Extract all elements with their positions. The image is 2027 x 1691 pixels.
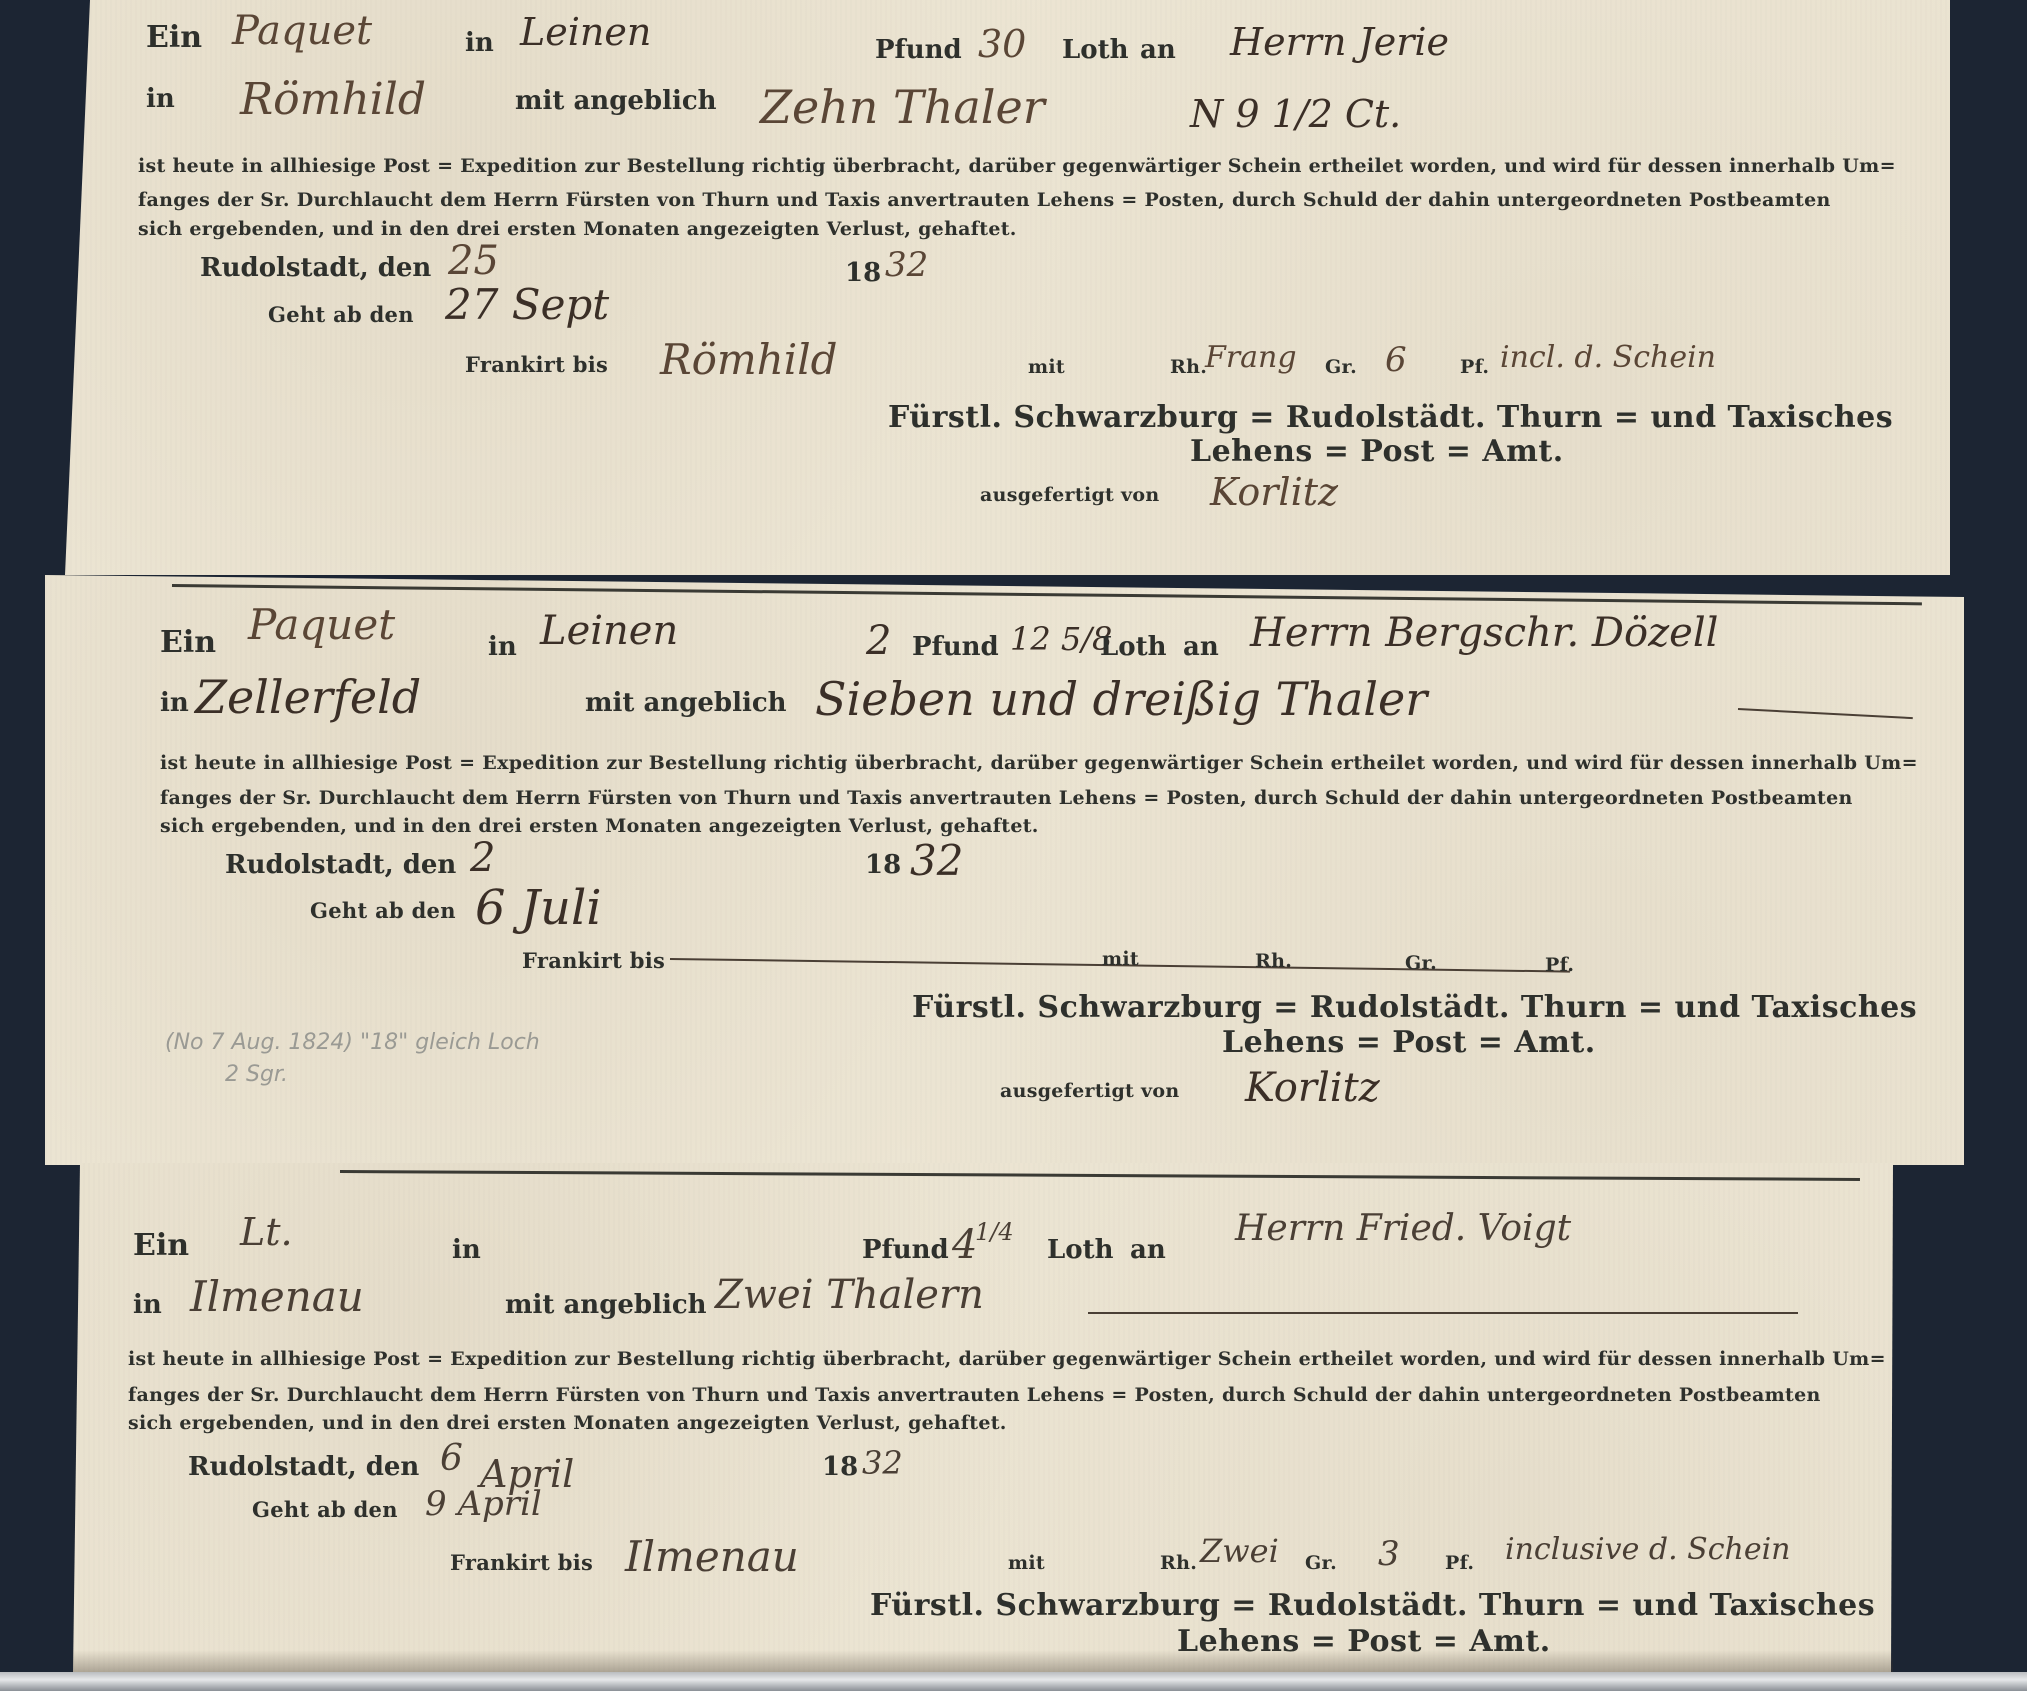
label-an: an <box>1183 632 1219 662</box>
hw-pfund-value: 2 <box>866 618 891 664</box>
label-gr: Gr. <box>1305 1552 1337 1574</box>
label-rthlr: Rh. <box>1170 356 1207 378</box>
label-year-prefix: 18 <box>845 258 881 288</box>
hw-recipient: Herrn Jerie <box>1230 20 1449 64</box>
label-ausgefertigt-von: ausgefertigt von <box>1000 1080 1179 1102</box>
label-geht-ab: Geht ab den <box>252 1497 398 1522</box>
label-mit: mit <box>1008 1552 1045 1574</box>
scanner-edge <box>0 1672 2027 1691</box>
label-ein: Ein <box>133 1228 189 1263</box>
label-an: an <box>1130 1235 1166 1265</box>
label-year-prefix: 18 <box>865 850 901 880</box>
label-loth: Loth <box>1100 632 1167 662</box>
label-in: in <box>452 1235 481 1265</box>
hw-day: 25 <box>448 238 499 284</box>
hw-recipient: Herrn Fried. Voigt <box>1235 1208 1571 1249</box>
office-line-1: Fürstl. Schwarzburg = Rudolstädt. Thurn … <box>888 400 1893 435</box>
hw-day: 6 <box>440 1438 463 1479</box>
label-in-2: in <box>160 688 189 718</box>
label-ein: Ein <box>146 20 202 55</box>
office-line-2: Lehens = Post = Amt. <box>1222 1025 1596 1060</box>
label-frankirt-bis: Frankirt bis <box>522 948 665 973</box>
label-place-date: Rudolstadt, den <box>200 253 431 283</box>
label-pf: Pf. <box>1460 356 1489 378</box>
pencil-note-line-2: 2 Sgr. <box>225 1062 288 1087</box>
hw-destination: Römhild <box>240 74 426 125</box>
label-rthlr: Rh. <box>1255 950 1292 972</box>
body-line-2: fanges der Sr. Durchlaucht dem Herrn Für… <box>138 189 1831 211</box>
label-pf: Pf. <box>1545 954 1574 976</box>
label-rthlr: Rh. <box>1160 1552 1197 1574</box>
label-in-2: in <box>146 84 175 114</box>
body-line-1: ist heute in allhiesige Post = Expeditio… <box>160 752 1918 774</box>
hw-frankirt-bis: Ilmenau <box>625 1532 799 1581</box>
hw-postage-rh: Frang <box>1205 340 1297 375</box>
body-line-3: sich ergebenden, und in den drei ersten … <box>138 218 1017 240</box>
label-mit: mit <box>1028 356 1065 378</box>
hw-material: Leinen <box>520 10 651 54</box>
hw-material: Leinen <box>540 608 678 654</box>
body-line-2: fanges der Sr. Durchlaucht dem Herrn Für… <box>160 787 1853 809</box>
label-place-date: Rudolstadt, den <box>225 850 456 880</box>
hw-day: 2 <box>470 835 495 881</box>
hw-loth-value: 1/4 <box>975 1218 1014 1246</box>
label-ausgefertigt-von: ausgefertigt von <box>980 484 1159 506</box>
label-loth: Loth <box>1047 1235 1114 1265</box>
hw-item: Paquet <box>232 8 372 54</box>
label-in-2: in <box>133 1290 162 1320</box>
label-an: an <box>1140 35 1176 65</box>
hw-postage-note: incl. d. Schein <box>1500 340 1716 375</box>
label-in: in <box>488 632 517 662</box>
label-mit: mit <box>1102 948 1139 970</box>
label-pfund: Pfund <box>862 1235 949 1265</box>
label-frankirt-bis: Frankirt bis <box>465 352 608 377</box>
hw-departure: 6 Juli <box>475 880 602 936</box>
hw-loth-value: 12 5/8 <box>1010 620 1112 658</box>
office-line-1: Fürstl. Schwarzburg = Rudolstädt. Thurn … <box>912 990 1917 1025</box>
label-pfund: Pfund <box>875 35 962 65</box>
hw-declared-value: Sieben und dreißig Thaler <box>815 672 1427 726</box>
office-line-2: Lehens = Post = Amt. <box>1190 434 1564 469</box>
hw-postage-note: inclusive d. Schein <box>1505 1532 1790 1567</box>
hw-destination: Ilmenau <box>190 1272 364 1321</box>
hw-year-suffix: 32 <box>885 245 928 285</box>
value-line <box>1088 1312 1798 1314</box>
label-gr: Gr. <box>1325 356 1357 378</box>
label-loth: Loth <box>1062 35 1129 65</box>
label-geht-ab: Geht ab den <box>310 898 456 923</box>
hw-item: Paquet <box>248 600 395 649</box>
hw-year-suffix: 32 <box>862 1444 903 1482</box>
hw-postage-gr: 6 <box>1385 340 1407 380</box>
label-pf: Pf. <box>1445 1552 1474 1574</box>
label-gr: Gr. <box>1405 952 1437 974</box>
body-line-1: ist heute in allhiesige Post = Expeditio… <box>128 1348 1886 1370</box>
hw-recipient: Herrn Bergschr. Dözell <box>1250 610 1718 656</box>
hw-frankirt-bis: Römhild <box>660 335 838 384</box>
body-line-3: sich ergebenden, und in den drei ersten … <box>128 1412 1007 1434</box>
hw-year-suffix: 32 <box>910 836 963 885</box>
hw-departure: 27 Sept <box>445 280 609 329</box>
hw-item: Lt. <box>240 1210 293 1254</box>
hw-postage-gr: 3 <box>1378 1534 1400 1574</box>
hw-loth-value: 30 <box>978 22 1026 66</box>
hw-extra-note: N 9 1/2 Ct. <box>1190 92 1401 136</box>
label-geht-ab: Geht ab den <box>268 302 414 327</box>
label-mit-angeblich: mit angeblich <box>515 86 717 116</box>
hw-issued-by: Korlitz <box>1210 470 1338 514</box>
label-ein: Ein <box>160 625 216 660</box>
scan-shadow <box>73 1650 1893 1672</box>
body-line-3: sich ergebenden, und in den drei ersten … <box>160 815 1039 837</box>
hw-departure: 9 April <box>425 1484 542 1524</box>
hw-declared-value: Zehn Thaler <box>760 80 1045 134</box>
label-mit-angeblich: mit angeblich <box>505 1290 707 1320</box>
hw-postage-rh: Zwei <box>1200 1532 1279 1570</box>
label-in: in <box>465 28 494 58</box>
hw-issued-by: Korlitz <box>1245 1065 1380 1111</box>
body-line-1: ist heute in allhiesige Post = Expeditio… <box>138 155 1896 177</box>
label-pfund: Pfund <box>912 632 999 662</box>
pencil-note-line-1: (No 7 Aug. 1824) "18" gleich Loch <box>165 1030 540 1055</box>
hw-destination: Zellerfeld <box>195 670 421 724</box>
office-line-1: Fürstl. Schwarzburg = Rudolstädt. Thurn … <box>870 1588 1875 1623</box>
label-year-prefix: 18 <box>822 1452 858 1482</box>
hw-declared-value: Zwei Thalern <box>715 1272 984 1318</box>
hw-pfund-value: 4 <box>952 1222 977 1268</box>
label-place-date: Rudolstadt, den <box>188 1452 419 1482</box>
body-line-2: fanges der Sr. Durchlaucht dem Herrn Für… <box>128 1384 1821 1406</box>
label-frankirt-bis: Frankirt bis <box>450 1550 593 1575</box>
label-mit-angeblich: mit angeblich <box>585 688 787 718</box>
